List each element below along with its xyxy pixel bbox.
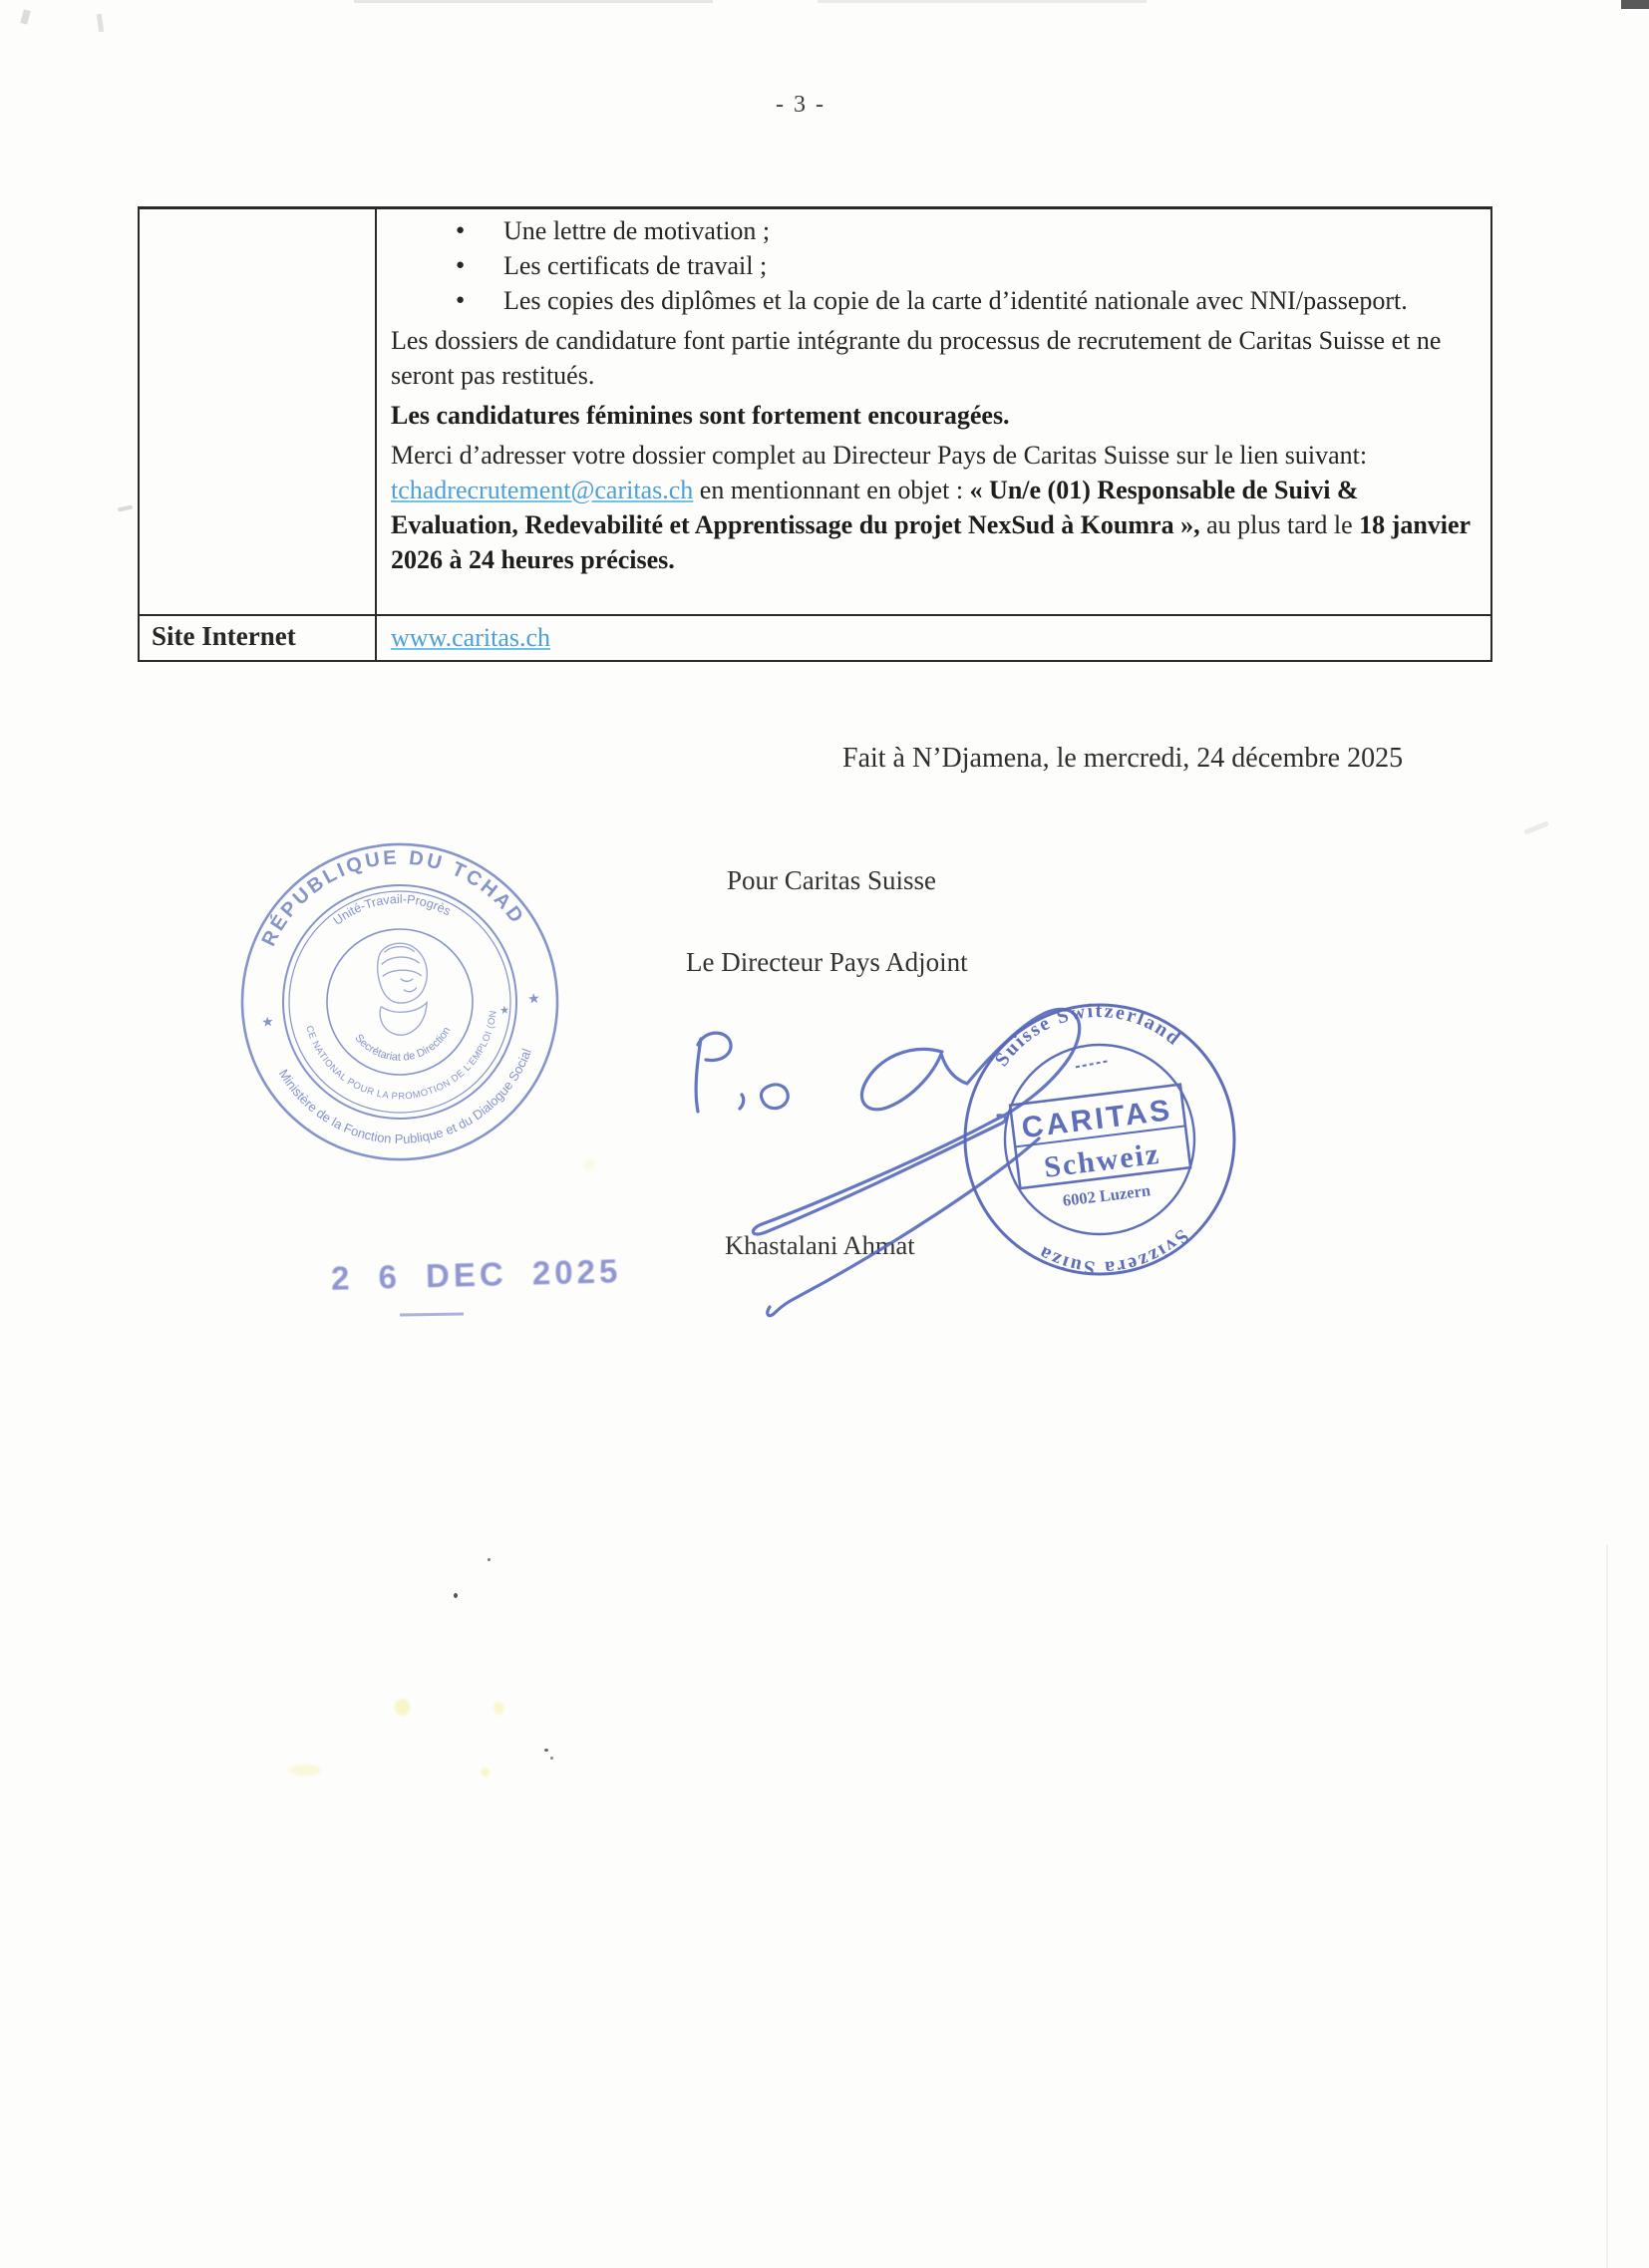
page-number: - 3 -: [776, 92, 825, 119]
svg-text:Secrétariat de Direction: Secrétariat de Direction: [352, 1024, 456, 1068]
bullet-icon: ●: [456, 283, 503, 318]
scan-smudge: [818, 0, 1147, 3]
list-item: ● Les copies des diplômes et la copie de…: [391, 283, 1473, 318]
application-info-table: ● Une lettre de motivation ; ● Les certi…: [138, 206, 1492, 662]
star-icon: ★: [261, 1013, 275, 1030]
star-icon: ★: [527, 990, 541, 1007]
star-icon: ★: [499, 1004, 510, 1017]
scan-smudge: [354, 0, 713, 3]
svg-text:Unité-Travail-Progrès: Unité-Travail-Progrès: [329, 887, 455, 928]
scan-speck: [550, 1757, 553, 1760]
list-item-text: Une lettre de motivation ;: [503, 213, 770, 248]
scan-speck: [454, 1593, 458, 1598]
table-row-site-internet: Site Internet www.caritas.ch: [140, 614, 1490, 660]
table-cell-label-empty: [140, 209, 377, 614]
for-organization-line: Pour Caritas Suisse: [727, 865, 936, 896]
recruitment-email-link[interactable]: tchadrecrutement@caritas.ch: [391, 476, 693, 504]
scanned-document-page: - 3 - ● Une lettre de motivation ; ● Les…: [0, 0, 1649, 2268]
table-cell-website: www.caritas.ch: [377, 616, 1490, 660]
bullet-icon: ●: [456, 248, 503, 283]
list-item: ● Une lettre de motivation ;: [391, 213, 1473, 248]
merci-text: au plus tard le: [1200, 510, 1360, 539]
scan-stain: [584, 1158, 595, 1171]
paragraph-candidatures-feminines: Les candidatures féminines sont fortemen…: [391, 398, 1473, 433]
stamp-inner-text: Secrétariat de Direction: [352, 1024, 456, 1068]
scan-speck: [97, 14, 104, 33]
site-internet-label: Site Internet: [140, 616, 377, 660]
paragraph-dossiers: Les dossiers de candidature font partie …: [391, 323, 1473, 393]
table-row: ● Une lettre de motivation ; ● Les certi…: [140, 209, 1490, 614]
scan-speck: [118, 504, 134, 511]
bullet-icon: ●: [456, 213, 503, 248]
scan-speck: [544, 1749, 548, 1752]
list-item: ● Les certificats de travail ;: [391, 248, 1473, 283]
list-item-text: Les copies des diplômes et la copie de l…: [503, 283, 1408, 318]
caritas-website-link[interactable]: www.caritas.ch: [391, 623, 550, 652]
list-item-text: Les certificats de travail ;: [503, 248, 767, 283]
scan-speck: [20, 9, 30, 24]
scan-stain: [494, 1702, 504, 1715]
date-stamp-underline: [400, 1312, 464, 1316]
onape-republique-tchad-stamp: RÉPUBLIQUE DU TCHAD Ministère de la Fonc…: [221, 823, 578, 1180]
stamp-ring-text: Unité-Travail-Progrès: [329, 887, 455, 928]
scan-stain: [395, 1699, 410, 1716]
merci-text: en mentionnant en objet :: [693, 476, 969, 504]
scan-stain: [289, 1765, 321, 1776]
merci-text: Merci d’adresser votre dossier complet a…: [391, 441, 1367, 470]
handwritten-signature: [638, 997, 1137, 1336]
place-and-date-line: Fait à N’Djamena, le mercredi, 24 décemb…: [842, 743, 1403, 775]
scan-fold-line: [1606, 1545, 1608, 2268]
scan-speck: [1523, 820, 1549, 834]
scan-stain: [481, 1768, 490, 1777]
stamp-portrait-sketch: [374, 941, 433, 1037]
scan-speck: [488, 1558, 491, 1561]
scan-corner-mark: [1621, 0, 1649, 9]
signatory-title-line: Le Directeur Pays Adjoint: [686, 947, 968, 978]
table-cell-application-details: ● Une lettre de motivation ; ● Les certi…: [377, 209, 1490, 614]
paragraph-merci: Merci d’adresser votre dossier complet a…: [391, 438, 1473, 577]
date-received-stamp: 2 6 DEC 2025: [331, 1252, 622, 1298]
